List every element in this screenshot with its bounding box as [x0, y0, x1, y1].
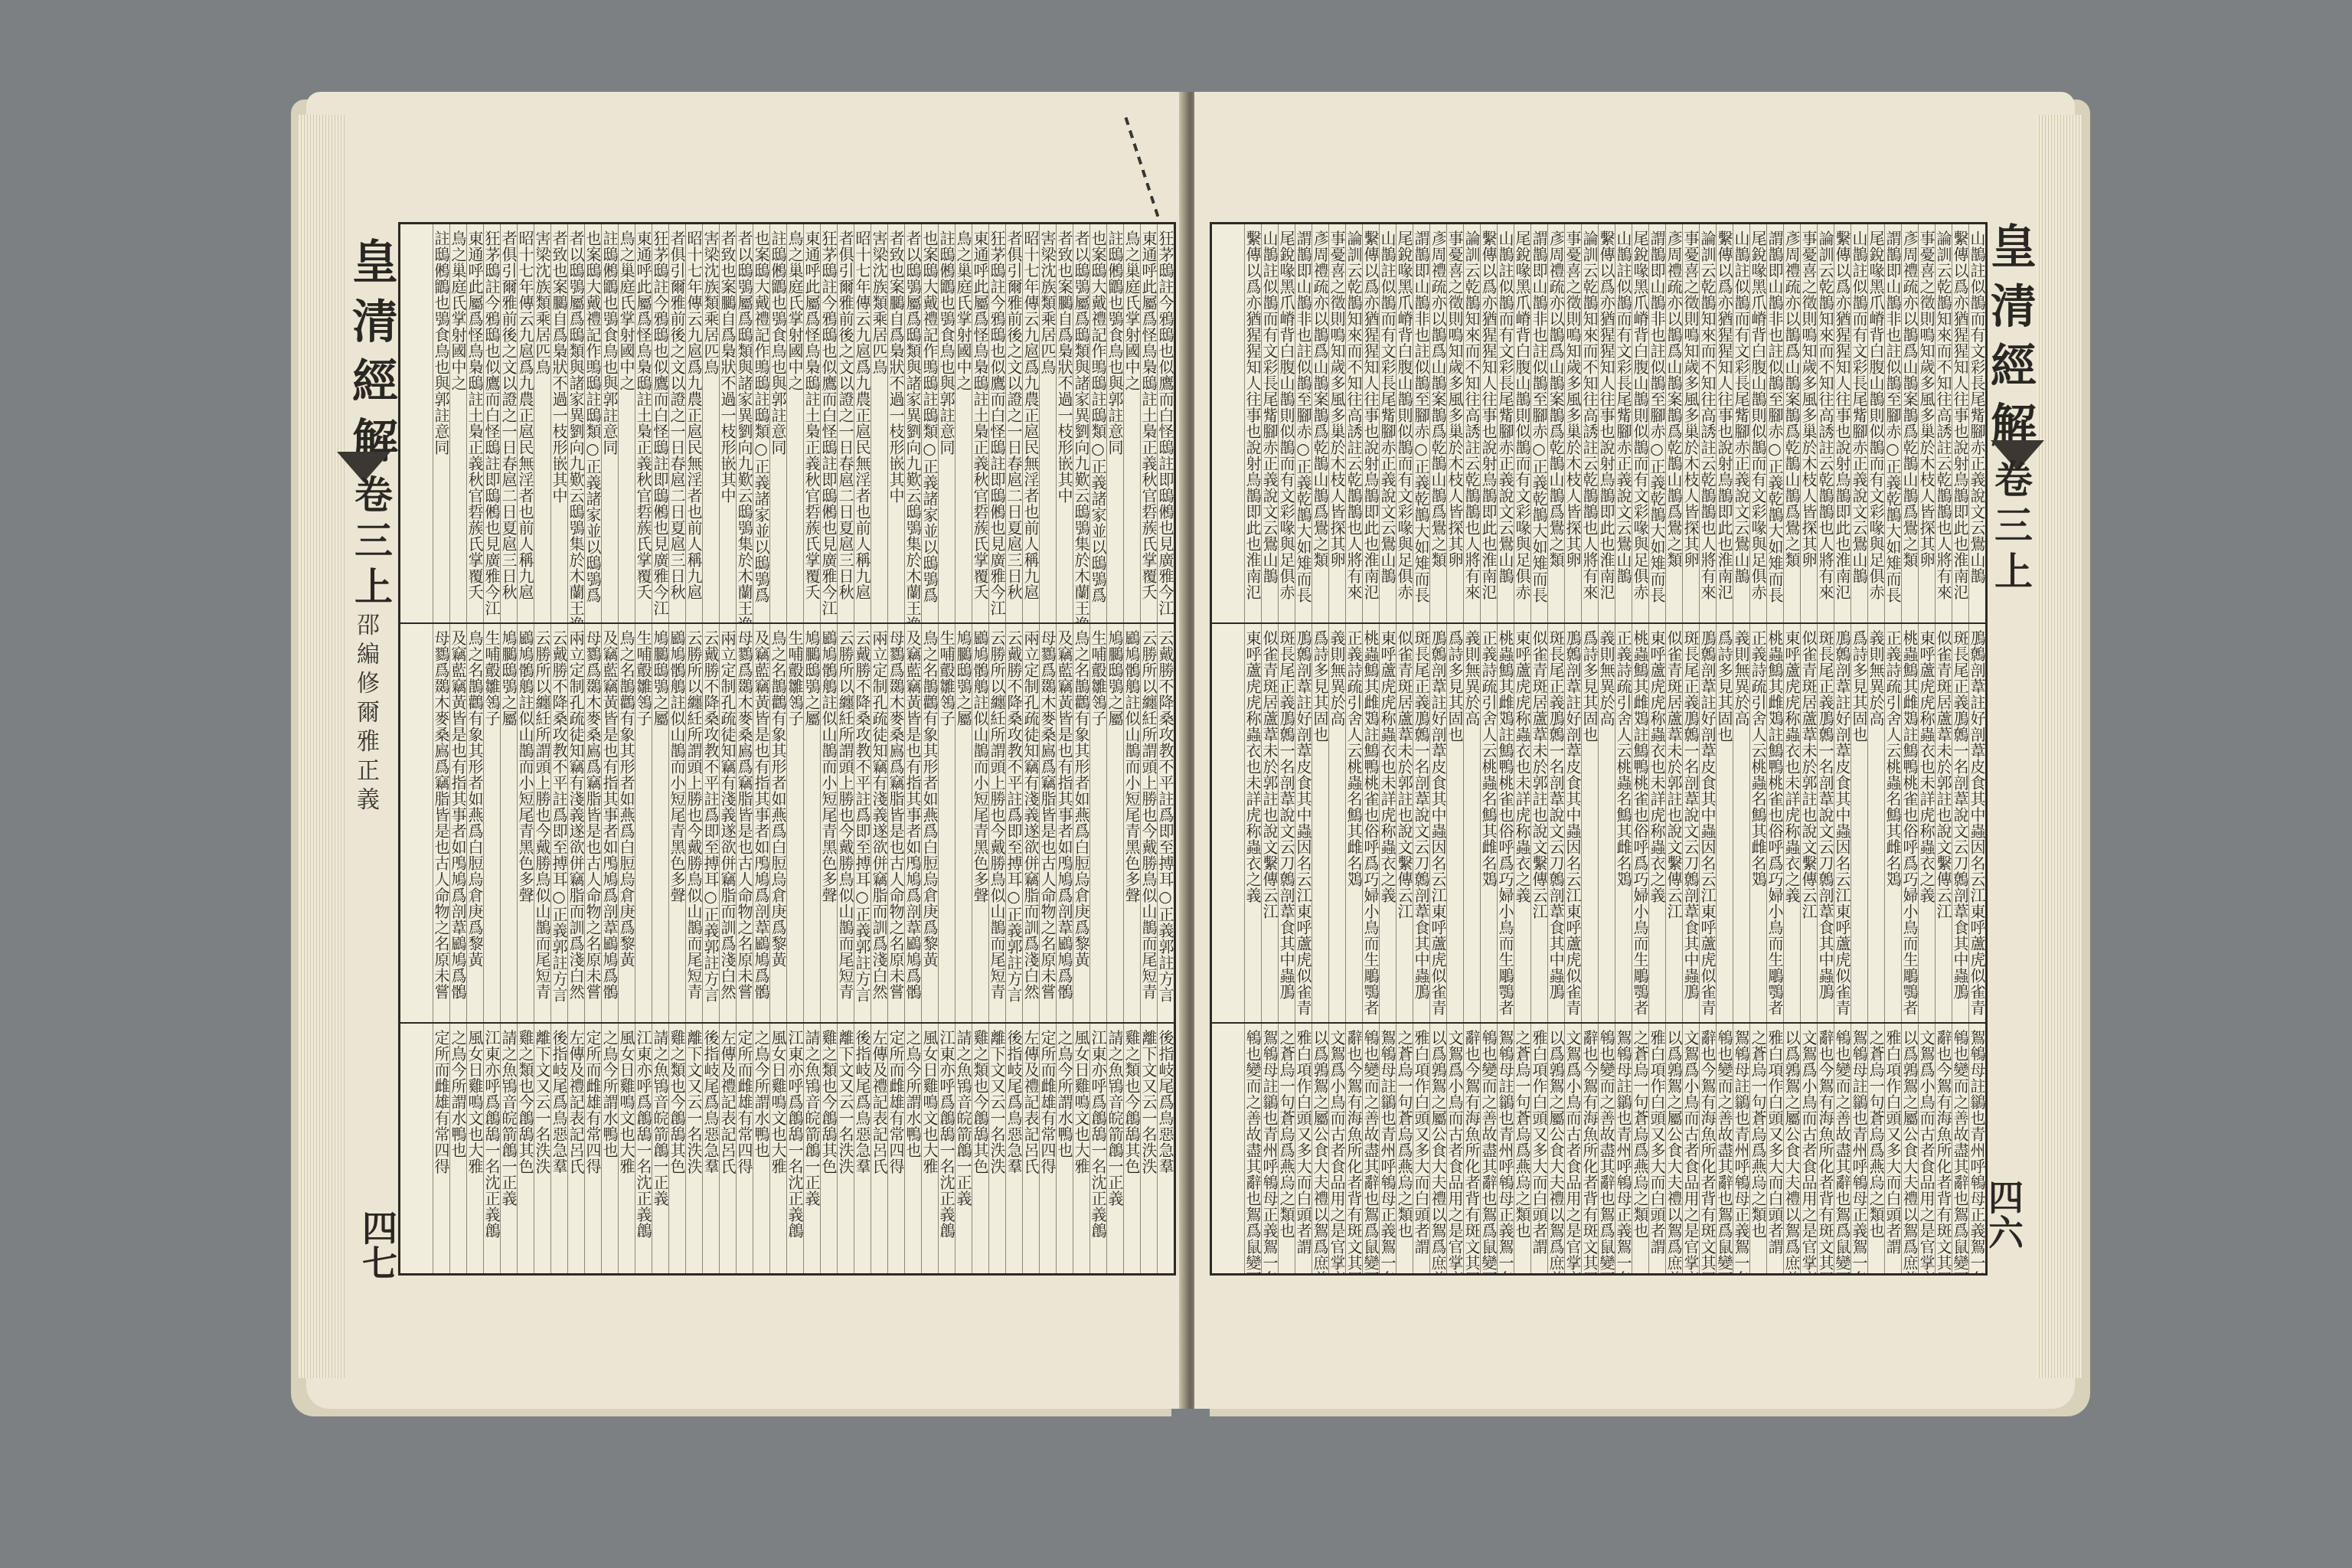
open-book: 皇清經解 卷三上 邵編修爾雅正義 四七 狂茅鴟註今鴉鴟也似鷹而白怪鴟註即鴟鵂也見…: [291, 92, 2082, 1409]
text-column: 東呼蘆虎虎称蟲衣也未詳虎称蟲衣之義: [1379, 624, 1396, 1022]
text-column: 雅白項作白頭又多大而白頭者謂: [1884, 1024, 1901, 1273]
text-column: 害梁沈族類乘居匹鳥: [702, 224, 719, 622]
text-column: 東呼蘆虎虎称蟲衣也未詳虎称蟲衣之義: [1514, 624, 1530, 1022]
text-column: 鳩鵩鴟鴞之屬: [652, 624, 668, 1022]
text-column: 事憂喜之徵則鳴知歲多風多巢於木枝人皆探其卵: [1446, 224, 1463, 622]
text-column: 鳩鵩鴟鴞之屬: [955, 624, 972, 1022]
text-column: 尾銳喙黑爪嵴背白腹山鵲則似鵲而有文彩喙與足俱赤: [1278, 224, 1295, 622]
text-column: 狂茅鴟註今鴉鴟也似鷹而白怪鴟註即鴟鵂也見廣雅今江: [820, 224, 837, 622]
text-column: 風女日雞鳴文也大雅: [921, 1024, 938, 1273]
text-column: 斑長尾正義鳭鷯一名剖葦說文云刀鷯剖葦食其中蟲鳭: [1952, 624, 1968, 1022]
text-column: 離下文又云一名泆泆: [988, 1024, 1005, 1273]
text-column: 及竊藍竊黃皆是也有指其事者如鳲鳩爲剖葦鶌鳩爲鶻: [449, 624, 466, 1022]
text-column: 斑長尾正義鳭鷯一名剖葦說文云刀鷯剖葦食其中蟲鳭: [1682, 624, 1699, 1022]
text-column: 鴾也變而之善故盡其辭也鴽爲鼠變而之不善故不盡其: [1244, 1024, 1261, 1273]
text-column: 鳥之名鵲鸛有象其形者如燕爲白脰烏倉庚爲黎黃: [921, 624, 938, 1022]
text-column: 斑長尾正義鳭鷯一名剖葦說文云刀鷯剖葦食其中蟲鳭: [1413, 624, 1429, 1022]
text-column: 雞之類也今鶬鴰其色: [972, 1024, 988, 1273]
text-column: 鴽鴾母註鶲也青州呼鴾母正義鴽一名鴾母夏小正三月: [1497, 1024, 1514, 1273]
text-column: 斑長尾正義鳭鷯一名剖葦說文云刀鷯剖葦食其中蟲鳭: [1547, 624, 1564, 1022]
text-column: 尾銳喙黑爪嵴背白腹山鵲則似鵲而有文彩喙與足俱赤: [1396, 224, 1413, 622]
text-column: 及竊藍竊黃皆是也有指其事者如鳲鳩爲剖葦鶌鳩爲鶻: [1056, 624, 1073, 1022]
text-column: 請之魚鴇音皖箭鶬一正義: [652, 1024, 668, 1273]
text-column: 文鴽爲小鳥而古者食品用之是官掌畜掌鳩鳥之鵝註: [1918, 1024, 1935, 1273]
text-column: 云勝所以纏紝所謂頭上勝也今戴勝鳥似山鵲而尾短青: [988, 624, 1005, 1022]
text-column: 文鴽爲小鳥而古者食品用之是官掌畜掌鳩鳥之鵝註: [1800, 1024, 1817, 1273]
text-column: 註鴟鵂鶹也鴞食鳥也與郭註意同: [938, 224, 955, 622]
text-column: 謂鵲即山鵲非也註似鵲至腳赤○正義乾鵲大如雉而長: [1884, 224, 1901, 622]
text-column: 論訓云乾鵲知來而不知往高誘註云乾鵲鵲也人將有來: [1817, 224, 1834, 622]
text-column: 東呼蘆虎虎称蟲衣也未詳虎称蟲衣之義: [1648, 624, 1665, 1022]
text-column: 事憂喜之徵則鳴知歲多風多巢於木枝人皆探其卵: [1682, 224, 1699, 622]
text-column: 東通呼此屬爲怪鳥梟鴟註土梟正義秋官硩蔟氏掌覆夭: [803, 224, 820, 622]
text-column: 鴾也變而之善故盡其辭也鴽爲鼠變而之不善故不盡其: [1362, 1024, 1379, 1273]
text-column: 以爲鶉鴽之屬公食大夫禮以鴽爲庶羞十二豆之數: [1665, 1024, 1682, 1273]
text-column: 繫傳以爲亦猶猩猩知人往事也說射鳥鵲即此也淮南氾: [1952, 224, 1968, 622]
text-column: 似雀青斑居蘆葦未於郭註也說文繫傳云江: [1530, 624, 1547, 1022]
text-column: 者以鴟鴞屬爲鴟類與諸家異劉向九歎云鴟鴞集於木蘭王逸: [567, 224, 584, 622]
text-column: 鳥之名鵲鸛有象其形者如燕爲白脰烏倉庚爲黎黃: [618, 624, 635, 1022]
text-column: 離下文又云一名泆泆: [534, 1024, 550, 1273]
text-column: 繫傳以爲亦猶猩猩知人往事也說射鳥鵲即此也淮南氾: [1716, 224, 1733, 622]
text-column: 左傳及禮記表記呂氏: [719, 1024, 736, 1273]
text-column: 云勝所以纏紝所謂頭上勝也今戴勝鳥似山鵲而尾短青: [534, 624, 550, 1022]
text-column: 論訓云乾鵲知來而不知往高誘註云乾鵲鵲也人將有來: [1581, 224, 1598, 622]
text-column: 論訓云乾鵲知來而不知往高誘註云乾鵲鵲也人將有來: [1935, 224, 1952, 622]
text-column: 請之魚鴇音皖箭鶬一正義: [955, 1024, 972, 1273]
text-column: 害梁沈族類乘居匹鳥: [534, 224, 550, 622]
text-column: 定所而雌雄有常四得: [1039, 1024, 1056, 1273]
text-column: 雅白項作白頭又多大而白頭者謂: [1295, 1024, 1312, 1273]
text-column: 謂鵲即山鵲非也註似鵲至腳赤○正義乾鵲大如雉而長: [1413, 224, 1429, 622]
text-column: 鶌鳩鶻鵃註似山鵲而小短尾青黑色多聲: [668, 624, 685, 1022]
text-column: 爲詩多見其固也: [1312, 624, 1328, 1022]
text-column: 繫傳以爲亦猶猩猩知人往事也說射鳥鵲即此也淮南氾: [1244, 224, 1261, 622]
page-number: 四七: [352, 1210, 403, 1280]
text-column: 雞之類也今鶬鴰其色: [820, 1024, 837, 1273]
text-column: 及竊藍竊黃皆是也有指其事者如鳲鳩爲剖葦鶌鳩爲鶻: [601, 624, 618, 1022]
text-column: 生哺鷇雛鴒子: [483, 624, 500, 1022]
text-column: 雅白項作白頭又多大而白頭者謂: [1766, 1024, 1783, 1273]
text-column: 斑長尾正義鳭鷯一名剖葦說文云刀鷯剖葦食其中蟲鳭: [1817, 624, 1834, 1022]
text-column: 山鵲註似鵲而有文彩長尾觜腳赤正義說文云鷽山鵲: [1615, 224, 1632, 622]
text-column: 鳭鷯剖葦註好剖葦皮食其中蟲因名云江東呼蘆虎似雀青: [1295, 624, 1312, 1022]
text-column: 離下文又云一名泆泆: [1140, 1024, 1157, 1273]
text-column: 後指岐尾爲鳥惡急羣: [854, 1024, 871, 1273]
text-column: 東呼蘆虎虎称蟲衣也未詳虎称蟲衣之義: [1918, 624, 1935, 1022]
text-column: 文鴽爲小鳥而古者食品用之是官掌畜掌鳩鳥之鵝註: [1564, 1024, 1581, 1273]
text-column: 山鵲註似鵲而有文彩長尾觜腳赤正義說文云鷽山鵲: [1733, 224, 1749, 622]
margin-title: 皇清經解: [338, 237, 404, 476]
text-column: 尾銳喙黑爪嵴背白腹山鵲則似鵲而有文彩喙與足俱赤: [1632, 224, 1648, 622]
text-column: 正義詩疏引舍人云桃蟲名鷦其雌名鴱: [1615, 624, 1632, 1022]
text-column: 彥周禮疏亦以鵲爲山鵲案鵲爲乾鵲山鵲爲鷽之類: [1665, 224, 1682, 622]
text-column: 彥周禮疏亦以鵲爲山鵲案鵲爲乾鵲山鵲爲鷽之類: [1312, 224, 1328, 622]
text-column: 鳭鷯剖葦註好剖葦皮食其中蟲因名云江東呼蘆虎似雀青: [1564, 624, 1581, 1022]
text-column: 鳩鵩鴟鴞之屬: [1106, 624, 1123, 1022]
text-column: 風女日雞鳴文也大雅: [1073, 1024, 1089, 1273]
text-column: 東呼蘆虎虎称蟲衣也未詳虎称蟲衣之義: [1783, 624, 1800, 1022]
text-column: 文鴽爲小鳥而古者食品用之是官掌畜掌鳩鳥之鵝註: [1328, 1024, 1345, 1273]
text-column: 母鷚爲鵽木麥桑鳸爲竊脂皆是也古人命物之名原未嘗: [1039, 624, 1056, 1022]
text-column: 雅白項作白頭又多大而白頭者謂: [1530, 1024, 1547, 1273]
text-column: 桃蟲鷦其雌鴱註鷦鴨桃雀也俗呼爲巧婦小鳥而生鵰鶚者: [1901, 624, 1918, 1022]
text-column: 云戴勝不降桑攻教不平註爲即至搏耳○正義郭註方言: [702, 624, 719, 1022]
text-column: 鴽鴾母註鶲也青州呼鴾母正義鴽一名鴾母夏小正三月: [1379, 1024, 1396, 1273]
text-column: 註鴟鵂鶹也鴞食鳥也與郭註意同: [601, 224, 618, 622]
text-column: 云戴勝不降桑攻教不平註爲即至搏耳○正義郭註方言: [1157, 624, 1174, 1022]
text-column: 之鳥今所謂水鴨也: [1056, 1024, 1073, 1273]
text-column: 雞之類也今鶬鴰其色: [668, 1024, 685, 1273]
text-column: 註鴟鵂鶹也鴞食鳥也與郭註意同: [1106, 224, 1123, 622]
work-subtitle: 邵編修爾雅正義: [348, 612, 382, 816]
text-column: 狂茅鴟註今鴉鴟也似鷹而白怪鴟註即鴟鵂也見廣雅今江: [652, 224, 668, 622]
text-column: 鶌鳩鶻鵃註似山鵲而小短尾青黑色多聲: [820, 624, 837, 1022]
text-column: 風女日雞鳴文也大雅: [466, 1024, 483, 1273]
text-column: 東通呼此屬爲怪鳥梟鴟註土梟正義秋官硩蔟氏掌覆夭: [972, 224, 988, 622]
text-column: 斑長尾正義鳭鷯一名剖葦說文云刀鷯剖葦食其中蟲鳭: [1278, 624, 1295, 1022]
text-column: 以爲鶉鴽之屬公食大夫禮以鴽爲庶羞十二豆之數: [1547, 1024, 1564, 1273]
text-column: 註鴟鵂鶹也鴞食鳥也與郭註意同: [433, 224, 449, 622]
text-column: 江東亦呼爲鶬鴰一名沈正義鶬: [938, 1024, 955, 1273]
text-column: 狂茅鴟註今鴉鴟也似鷹而白怪鴟註即鴟鵂也見廣雅今江: [1157, 224, 1174, 622]
text-column: 鳥之巢庭氏掌射國中之: [786, 224, 803, 622]
right-page: 皇清經解 卷三上 四六 山鵲註似鵲而有文彩長尾觜腳赤正義說文云鷽山鵲繫傳以爲亦猶…: [1194, 92, 2075, 1409]
text-column: 辭也今鴽有海魚所化者背有斑文其田鼠所化者則無斑: [1345, 1024, 1362, 1273]
text-column: 鳥之巢庭氏掌射國中之: [955, 224, 972, 622]
text-column: 以爲鶉鴽之屬公食大夫禮以鴽爲庶羞十二豆之數: [1312, 1024, 1328, 1273]
text-column: 鳩鵩鴟鴞之屬: [803, 624, 820, 1022]
text-column: 離下文又云一名泆泆: [685, 1024, 702, 1273]
text-frame: 山鵲註似鵲而有文彩長尾觜腳赤正義說文云鷽山鵲繫傳以爲亦猶猩猩知人往事也說射鳥鵲即…: [1210, 222, 1988, 1276]
text-column: 山鵲註似鵲而有文彩長尾觜腳赤正義說文云鷽山鵲: [1379, 224, 1396, 622]
text-column: 山鵲註似鵲而有文彩長尾觜腳赤正義說文云鷽山鵲: [1968, 224, 1985, 622]
text-column: 也案鴟大戴禮記作鴠鴟註鴟類○正義諸家並以鴟鴞爲: [921, 224, 938, 622]
text-column: 鴽鴾母註鶲也青州呼鴾母正義鴽一名鴾母夏小正三月: [1733, 1024, 1749, 1273]
text-column: 文鴽爲小鳥而古者食品用之是官掌畜掌鳩鳥之鵝註: [1682, 1024, 1699, 1273]
text-column: 風女日雞鳴文也大雅: [618, 1024, 635, 1273]
text-column: 鳭鷯剖葦註好剖葦皮食其中蟲因名云江東呼蘆虎似雀青: [1834, 624, 1851, 1022]
text-column: 云勝所以纏紝所謂頭上勝也今戴勝鳥似山鵲而尾短青: [1140, 624, 1157, 1022]
text-column: 昭十七年傳云九扈爲九農正扈民無淫者也前人稱九扈: [1022, 224, 1039, 622]
text-column: 桃蟲鷦其雌鴱註鷦鴨桃雀也俗呼爲巧婦小鳥而生鵰鶚者: [1632, 624, 1648, 1022]
text-column: 之鳥今所謂水鴨也: [601, 1024, 618, 1273]
text-column: 兩立定制孔疏徒知竊有淺義遂欲併竊脂而訓爲淺白然: [719, 624, 736, 1022]
text-column: 以爲鶉鴽之屬公食大夫禮以鴽爲庶羞十二豆之數: [1901, 1024, 1918, 1273]
text-column: 似雀青斑居蘆葦未於郭註也說文繫傳云江: [1665, 624, 1682, 1022]
text-column: 者以鴟鴞屬爲鴟類與諸家異劉向九歎云鴟鴞集於木蘭王逸: [736, 224, 753, 622]
text-column: 鴾也變而之善故盡其辭也鴽爲鼠變而之不善故不盡其: [1598, 1024, 1615, 1273]
text-column: 似雀青斑居蘆葦未於郭註也說文繫傳云江: [1261, 624, 1278, 1022]
text-column: 事憂喜之徵則鳴知歲多風多巢於木枝人皆探其卵: [1328, 224, 1345, 622]
text-column: 繫傳以爲亦猶猩猩知人往事也說射鳥鵲即此也淮南氾: [1834, 224, 1851, 622]
text-column: 鳩鵩鴟鴞之屬: [500, 624, 517, 1022]
text-frame: 狂茅鴟註今鴉鴟也似鷹而白怪鴟註即鴟鵂也見廣雅今江東通呼此屬爲怪鳥梟鴟註土梟正義秋…: [398, 222, 1176, 1276]
text-column: 辭也今鴽有海魚所化者背有斑文其田鼠所化者則無斑: [1699, 1024, 1716, 1273]
text-column: 事憂喜之徵則鳴知歲多風多巢於木枝人皆探其卵: [1564, 224, 1581, 622]
text-column: 東通呼此屬爲怪鳥梟鴟註土梟正義秋官硩蔟氏掌覆夭: [466, 224, 483, 622]
lower-register: 後指岐尾爲鳥惡急羣離下文又云一名泆泆雞之類也今鶬鴰其色請之魚鴇音皖箭鶬一正義江東…: [400, 1024, 1174, 1273]
text-column: 江東亦呼爲鶬鴰一名沈正義鶬: [786, 1024, 803, 1273]
text-column: 正義詩疏引舍人云桃蟲名鷦其雌名鴱: [1480, 624, 1497, 1022]
text-column: 鳥之巢庭氏掌射國中之: [449, 224, 466, 622]
text-column: 鶌鳩鶻鵃註似山鵲而小短尾青黑色多聲: [1123, 624, 1140, 1022]
text-column: 生哺鷇雛鴒子: [938, 624, 955, 1022]
text-column: 者以鴟鴞屬爲鴟類與諸家異劉向九歎云鴟鴞集於木蘭王逸: [904, 224, 921, 622]
text-column: 之蒼烏一句蒼烏爲燕烏之類也: [1749, 1024, 1766, 1273]
text-column: 狂茅鴟註今鴉鴟也似鷹而白怪鴟註即鴟鵂也見廣雅今江: [988, 224, 1005, 622]
text-column: 風女日雞鳴文也大雅: [769, 1024, 786, 1273]
text-column: 生哺鷇雛鴒子: [1089, 624, 1106, 1022]
text-column: 請之魚鴇音皖箭鶬一正義: [1106, 1024, 1123, 1273]
text-column: 鴽鴾母註鶲也青州呼鴾母正義鴽一名鴾母夏小正三月: [1615, 1024, 1632, 1273]
text-column: 者致也案鵩自爲梟狀不過一枝形嵌其中: [887, 224, 904, 622]
lower-register: 鴽鴾母註鶲也青州呼鴾母正義鴽一名鴾母夏小正三月鴾也變而之善故盡其辭也鴽爲鼠變而之…: [1212, 1024, 1985, 1273]
text-column: 母鷚爲鵽木麥桑鳸爲竊脂皆是也古人命物之名原未嘗: [584, 624, 601, 1022]
text-column: 以爲鶉鴽之屬公食大夫禮以鴽爲庶羞十二豆之數: [1429, 1024, 1446, 1273]
text-column: 者俱引爾雅前後之文以證之一日春扈二日夏扈三日秋: [837, 224, 854, 622]
text-column: 東通呼此屬爲怪鳥梟鴟註土梟正義秋官硩蔟氏掌覆夭: [1140, 224, 1157, 622]
text-column: 爲詩多見其固也: [1851, 624, 1867, 1022]
text-column: 謂鵲即山鵲非也註似鵲至腳赤○正義乾鵲大如雉而長: [1766, 224, 1783, 622]
volume-label: 卷三上: [343, 475, 398, 612]
text-column: 正義詩疏引舍人云桃蟲名鷦其雌名鴱: [1345, 624, 1362, 1022]
text-column: 謂鵲即山鵲非也註似鵲至腳赤○正義乾鵲大如雉而長: [1295, 224, 1312, 622]
text-column: 事憂喜之徵則鳴知歲多風多巢於木枝人皆探其卵: [1918, 224, 1935, 622]
text-column: 桃蟲鷦其雌鴱註鷦鴨桃雀也俗呼爲巧婦小鳥而生鵰鶚者: [1766, 624, 1783, 1022]
text-column: 爲詩多見其固也: [1716, 624, 1733, 1022]
text-column: 東通呼此屬爲怪鳥梟鴟註土梟正義秋官硩蔟氏掌覆夭: [635, 224, 652, 622]
text-column: 生哺鷇雛鴒子: [635, 624, 652, 1022]
text-column: 左傳及禮記表記呂氏: [871, 1024, 887, 1273]
left-page: 皇清經解 卷三上 邵編修爾雅正義 四七 狂茅鴟註今鴉鴟也似鷹而白怪鴟註即鴟鵂也見…: [306, 92, 1187, 1409]
text-column: 左傳及禮記表記呂氏: [567, 1024, 584, 1273]
text-column: 兩立定制孔疏徒知竊有淺義遂欲併竊脂而訓爲淺白然: [567, 624, 584, 1022]
upper-register: 山鵲註似鵲而有文彩長尾觜腳赤正義說文云鷽山鵲繫傳以爲亦猶猩猩知人往事也說射鳥鵲即…: [1212, 224, 1985, 624]
text-column: 鳭鷯剖葦註好剖葦皮食其中蟲因名云江東呼蘆虎似雀青: [1699, 624, 1716, 1022]
text-column: 左傳及禮記表記呂氏: [1022, 1024, 1039, 1273]
text-column: 彥周禮疏亦以鵲爲山鵲案鵲爲乾鵲山鵲爲鷽之類: [1547, 224, 1564, 622]
text-column: 云戴勝不降桑攻教不平註爲即至搏耳○正義郭註方言: [1005, 624, 1022, 1022]
text-column: 論訓云乾鵲知來而不知往高誘註云乾鵲鵲也人將有來: [1345, 224, 1362, 622]
text-column: 山鵲註似鵲而有文彩長尾觜腳赤正義說文云鷽山鵲: [1497, 224, 1514, 622]
text-column: 者俱引爾雅前後之文以證之一日春扈二日夏扈三日秋: [500, 224, 517, 622]
text-column: 江東亦呼爲鶬鴰一名沈正義鶬: [635, 1024, 652, 1273]
text-column: 之蒼烏一句蒼烏爲燕烏之類也: [1396, 1024, 1413, 1273]
text-column: 定所而雌雄有常四得: [584, 1024, 601, 1273]
text-column: 鴾也變而之善故盡其辭也鴽爲鼠變而之不善故不盡其: [1834, 1024, 1851, 1273]
text-column: 兩立定制孔疏徒知竊有淺義遂欲併竊脂而訓爲淺白然: [871, 624, 887, 1022]
text-column: 江東亦呼爲鶬鴰一名沈正義鶬: [1089, 1024, 1106, 1273]
text-column: 云勝所以纏紝所謂頭上勝也今戴勝鳥似山鵲而尾短青: [685, 624, 702, 1022]
upper-register: 狂茅鴟註今鴉鴟也似鷹而白怪鴟註即鴟鵂也見廣雅今江東通呼此屬爲怪鳥梟鴟註土梟正義秋…: [400, 224, 1174, 624]
text-column: 生哺鷇雛鴒子: [786, 624, 803, 1022]
text-column: 正義詩疏引舍人云桃蟲名鷦其雌名鴱: [1884, 624, 1901, 1022]
text-column: 母鷚爲鵽木麥桑鳸爲竊脂皆是也古人命物之名原未嘗: [433, 624, 449, 1022]
text-column: 似雀青斑居蘆葦未於郭註也說文繫傳云江: [1396, 624, 1413, 1022]
text-column: 繫傳以爲亦猶猩猩知人往事也說射鳥鵲即此也淮南氾: [1362, 224, 1379, 622]
text-column: 東呼蘆虎虎称蟲衣也未詳虎称蟲衣之義: [1244, 624, 1261, 1022]
pencil-mark: [1124, 117, 1160, 220]
text-column: 尾銳喙黑爪嵴背白腹山鵲則似鵲而有文彩喙與足俱赤: [1749, 224, 1766, 622]
text-column: 彥周禮疏亦以鵲爲山鵲案鵲爲乾鵲山鵲爲鷽之類: [1783, 224, 1800, 622]
text-column: 鶌鳩鶻鵃註似山鵲而小短尾青黑色多聲: [972, 624, 988, 1022]
text-column: 尾銳喙黑爪嵴背白腹山鵲則似鵲而有文彩喙與足俱赤: [1867, 224, 1884, 622]
text-column: 繫傳以爲亦猶猩猩知人往事也說射鳥鵲即此也淮南氾: [1480, 224, 1497, 622]
text-column: 以爲鶉鴽之屬公食大夫禮以鴽爲庶羞十二豆之數: [1783, 1024, 1800, 1273]
text-column: 雅白項作白頭又多大而白頭者謂: [1648, 1024, 1665, 1273]
text-column: 爲詩多見其固也: [1581, 624, 1598, 1022]
text-column: 謂鵲即山鵲非也註似鵲至腳赤○正義乾鵲大如雉而長: [1530, 224, 1547, 622]
text-column: 鴽鴾母註鶲也青州呼鴾母正義鴽一名鴾母夏小正三月: [1261, 1024, 1278, 1273]
text-column: 者俱引爾雅前後之文以證之一日春扈二日夏扈三日秋: [668, 224, 685, 622]
text-column: 鳥之巢庭氏掌射國中之: [618, 224, 635, 622]
volume-label: 卷三上: [1983, 459, 2038, 597]
text-column: 辭也今鴽有海魚所化者背有斑文其田鼠所化者則無斑: [1463, 1024, 1480, 1273]
text-column: 鴽鴾母註鶲也青州呼鴾母正義鴽一名鴾母夏小正三月: [1968, 1024, 1985, 1273]
text-column: 鳥之名鵲鸛有象其形者如燕爲白脰烏倉庚爲黎黃: [466, 624, 483, 1022]
text-column: 之鳥今所謂水鴨也: [449, 1024, 466, 1273]
text-column: 之鳥今所謂水鴨也: [753, 1024, 769, 1273]
text-column: 之鳥今所謂水鴨也: [904, 1024, 921, 1273]
text-column: 云戴勝不降桑攻教不平註爲即至搏耳○正義郭註方言: [854, 624, 871, 1022]
text-column: 鳭鷯剖葦註好剖葦皮食其中蟲因名云江東呼蘆虎似雀青: [1429, 624, 1446, 1022]
text-column: 鳥之名鵲鸛有象其形者如燕爲白脰烏倉庚爲黎黃: [1073, 624, 1089, 1022]
text-column: 後指岐尾爲鳥惡急羣: [702, 1024, 719, 1273]
text-column: 正義詩疏引舍人云桃蟲名鷦其雌名鴱: [1749, 624, 1766, 1022]
text-column: 定所而雌雄有常四得: [887, 1024, 904, 1273]
text-column: 也案鴟大戴禮記作鴠鴟註鴟類○正義諸家並以鴟鴞爲: [584, 224, 601, 622]
text-column: 鶌鳩鶻鵃註似山鵲而小短尾青黑色多聲: [517, 624, 534, 1022]
text-column: 義則無異於高: [1328, 624, 1345, 1022]
text-column: 者致也案鵩自爲梟狀不過一枝形嵌其中: [1056, 224, 1073, 622]
text-column: 山鵲註似鵲而有文彩長尾觜腳赤正義說文云鷽山鵲: [1851, 224, 1867, 622]
text-column: 兩立定制孔疏徒知竊有淺義遂欲併竊脂而訓爲淺白然: [1022, 624, 1039, 1022]
text-column: 彥周禮疏亦以鵲爲山鵲案鵲爲乾鵲山鵲爲鷽之類: [1901, 224, 1918, 622]
text-column: 之蒼烏一句蒼烏爲燕烏之類也: [1632, 1024, 1648, 1273]
text-column: 尾銳喙黑爪嵴背白腹山鵲則似鵲而有文彩喙與足俱赤: [1514, 224, 1530, 622]
text-column: 鴾也變而之善故盡其辭也鴽爲鼠變而之不善故不盡其: [1480, 1024, 1497, 1273]
text-column: 爲詩多見其固也: [1446, 624, 1463, 1022]
text-column: 彥周禮疏亦以鵲爲山鵲案鵲爲乾鵲山鵲爲鷽之類: [1429, 224, 1446, 622]
text-column: 請之魚鴇音皖箭鶬一正義: [803, 1024, 820, 1273]
text-column: 鳥之巢庭氏掌射國中之: [1123, 224, 1140, 622]
text-column: 也案鴟大戴禮記作鴠鴟註鴟類○正義諸家並以鴟鴞爲: [753, 224, 769, 622]
text-column: 桃蟲鷦其雌鴱註鷦鴨桃雀也俗呼爲巧婦小鳥而生鵰鶚者: [1497, 624, 1514, 1022]
middle-register: 云戴勝不降桑攻教不平註爲即至搏耳○正義郭註方言云勝所以纏紝所謂頭上勝也今戴勝鳥似…: [400, 624, 1174, 1024]
text-column: 山鵲註似鵲而有文彩長尾觜腳赤正義說文云鷽山鵲: [1261, 224, 1278, 622]
text-column: 似雀青斑居蘆葦未於郭註也說文繫傳云江: [1935, 624, 1952, 1022]
text-column: 鳭鷯剖葦註好剖葦皮食其中蟲因名云江東呼蘆虎似雀青: [1968, 624, 1985, 1022]
text-column: 者致也案鵩自爲梟狀不過一枝形嵌其中: [550, 224, 567, 622]
text-column: 者以鴟鴞屬爲鴟類與諸家異劉向九歎云鴟鴞集於木蘭王逸: [1073, 224, 1089, 622]
text-column: 義則無異於高: [1733, 624, 1749, 1022]
text-column: 事憂喜之徵則鳴知歲多風多巢於木枝人皆探其卵: [1800, 224, 1817, 622]
text-column: 者俱引爾雅前後之文以證之一日春扈二日夏扈三日秋: [1005, 224, 1022, 622]
text-column: 義則無異於高: [1867, 624, 1884, 1022]
text-column: 後指岐尾爲鳥惡急羣: [1005, 1024, 1022, 1273]
text-column: 及竊藍竊黃皆是也有指其事者如鳲鳩爲剖葦鶌鳩爲鶻: [753, 624, 769, 1022]
text-column: 之蒼烏一句蒼烏爲燕烏之類也: [1867, 1024, 1884, 1273]
text-column: 雅白項作白頭又多大而白頭者謂: [1413, 1024, 1429, 1273]
text-column: 也案鴟大戴禮記作鴠鴟註鴟類○正義諸家並以鴟鴞爲: [1089, 224, 1106, 622]
text-column: 鳥之名鵲鸛有象其形者如燕爲白脰烏倉庚爲黎黃: [769, 624, 786, 1022]
text-column: 害梁沈族類乘居匹鳥: [871, 224, 887, 622]
text-column: 辭也今鴽有海魚所化者背有斑文其田鼠所化者則無斑: [1935, 1024, 1952, 1273]
text-column: 義則無異於高: [1463, 624, 1480, 1022]
text-column: 似雀青斑居蘆葦未於郭註也說文繫傳云江: [1800, 624, 1817, 1022]
text-column: 害梁沈族類乘居匹鳥: [1039, 224, 1056, 622]
text-column: 文鴽爲小鳥而古者食品用之是官掌畜掌鳩鳥之鵝註: [1446, 1024, 1463, 1273]
text-column: 辭也今鴽有海魚所化者背有斑文其田鼠所化者則無斑: [1817, 1024, 1834, 1273]
text-column: 昭十七年傳云九扈爲九農正扈民無淫者也前人稱九扈: [517, 224, 534, 622]
text-column: 母鷚爲鵽木麥桑鳸爲竊脂皆是也古人命物之名原未嘗: [887, 624, 904, 1022]
text-column: 者致也案鵩自爲梟狀不過一枝形嵌其中: [719, 224, 736, 622]
text-column: 昭十七年傳云九扈爲九農正扈民無淫者也前人稱九扈: [854, 224, 871, 622]
text-column: 昭十七年傳云九扈爲九農正扈民無淫者也前人稱九扈: [685, 224, 702, 622]
text-column: 論訓云乾鵲知來而不知往高誘註云乾鵲鵲也人將有來: [1699, 224, 1716, 622]
text-column: 義則無異於高: [1598, 624, 1615, 1022]
text-column: 離下文又云一名泆泆: [837, 1024, 854, 1273]
text-column: 後指岐尾爲鳥惡急羣: [1157, 1024, 1174, 1273]
text-column: 母鷚爲鵽木麥桑鳸爲竊脂皆是也古人命物之名原未嘗: [736, 624, 753, 1022]
text-column: 桃蟲鷦其雌鴱註鷦鴨桃雀也俗呼爲巧婦小鳥而生鵰鶚者: [1362, 624, 1379, 1022]
text-column: 後指岐尾爲鳥惡急羣: [550, 1024, 567, 1273]
text-column: 云戴勝不降桑攻教不平註爲即至搏耳○正義郭註方言: [550, 624, 567, 1022]
text-column: 註鴟鵂鶹也鴞食鳥也與郭註意同: [769, 224, 786, 622]
text-column: 狂茅鴟註今鴉鴟也似鷹而白怪鴟註即鴟鵂也見廣雅今江: [483, 224, 500, 622]
text-column: 論訓云乾鵲知來而不知往高誘註云乾鵲鵲也人將有來: [1463, 224, 1480, 622]
text-column: 云勝所以纏紝所謂頭上勝也今戴勝鳥似山鵲而尾短青: [837, 624, 854, 1022]
text-column: 及竊藍竊黃皆是也有指其事者如鳲鳩爲剖葦鶌鳩爲鶻: [904, 624, 921, 1022]
text-column: 繫傳以爲亦猶猩猩知人往事也說射鳥鵲即此也淮南氾: [1598, 224, 1615, 622]
text-column: 謂鵲即山鵲非也註似鵲至腳赤○正義乾鵲大如雉而長: [1648, 224, 1665, 622]
text-column: 辭也今鴽有海魚所化者背有斑文其田鼠所化者則無斑: [1581, 1024, 1598, 1273]
text-column: 之蒼烏一句蒼烏爲燕烏之類也: [1514, 1024, 1530, 1273]
page-edges: [299, 115, 345, 1378]
text-column: 雞之類也今鶬鴰其色: [1123, 1024, 1140, 1273]
text-column: 鴾也變而之善故盡其辭也鴽爲鼠變而之不善故不盡其: [1952, 1024, 1968, 1273]
text-column: 定所而雌雄有常四得: [433, 1024, 449, 1273]
text-column: 鴾也變而之善故盡其辭也鴽爲鼠變而之不善故不盡其: [1716, 1024, 1733, 1273]
text-column: 雞之類也今鶬鴰其色: [517, 1024, 534, 1273]
middle-register: 鳭鷯剖葦註好剖葦皮食其中蟲因名云江東呼蘆虎似雀青斑長尾正義鳭鷯一名剖葦說文云刀鷯…: [1212, 624, 1985, 1024]
text-column: 之蒼烏一句蒼烏爲燕烏之類也: [1278, 1024, 1295, 1273]
text-column: 鴽鴾母註鶲也青州呼鴾母正義鴽一名鴾母夏小正三月: [1851, 1024, 1867, 1273]
text-column: 請之魚鴇音皖箭鶬一正義: [500, 1024, 517, 1273]
page-edges: [2037, 115, 2082, 1378]
text-column: 定所而雌雄有常四得: [736, 1024, 753, 1273]
text-column: 江東亦呼爲鶬鴰一名沈正義鶬: [483, 1024, 500, 1273]
